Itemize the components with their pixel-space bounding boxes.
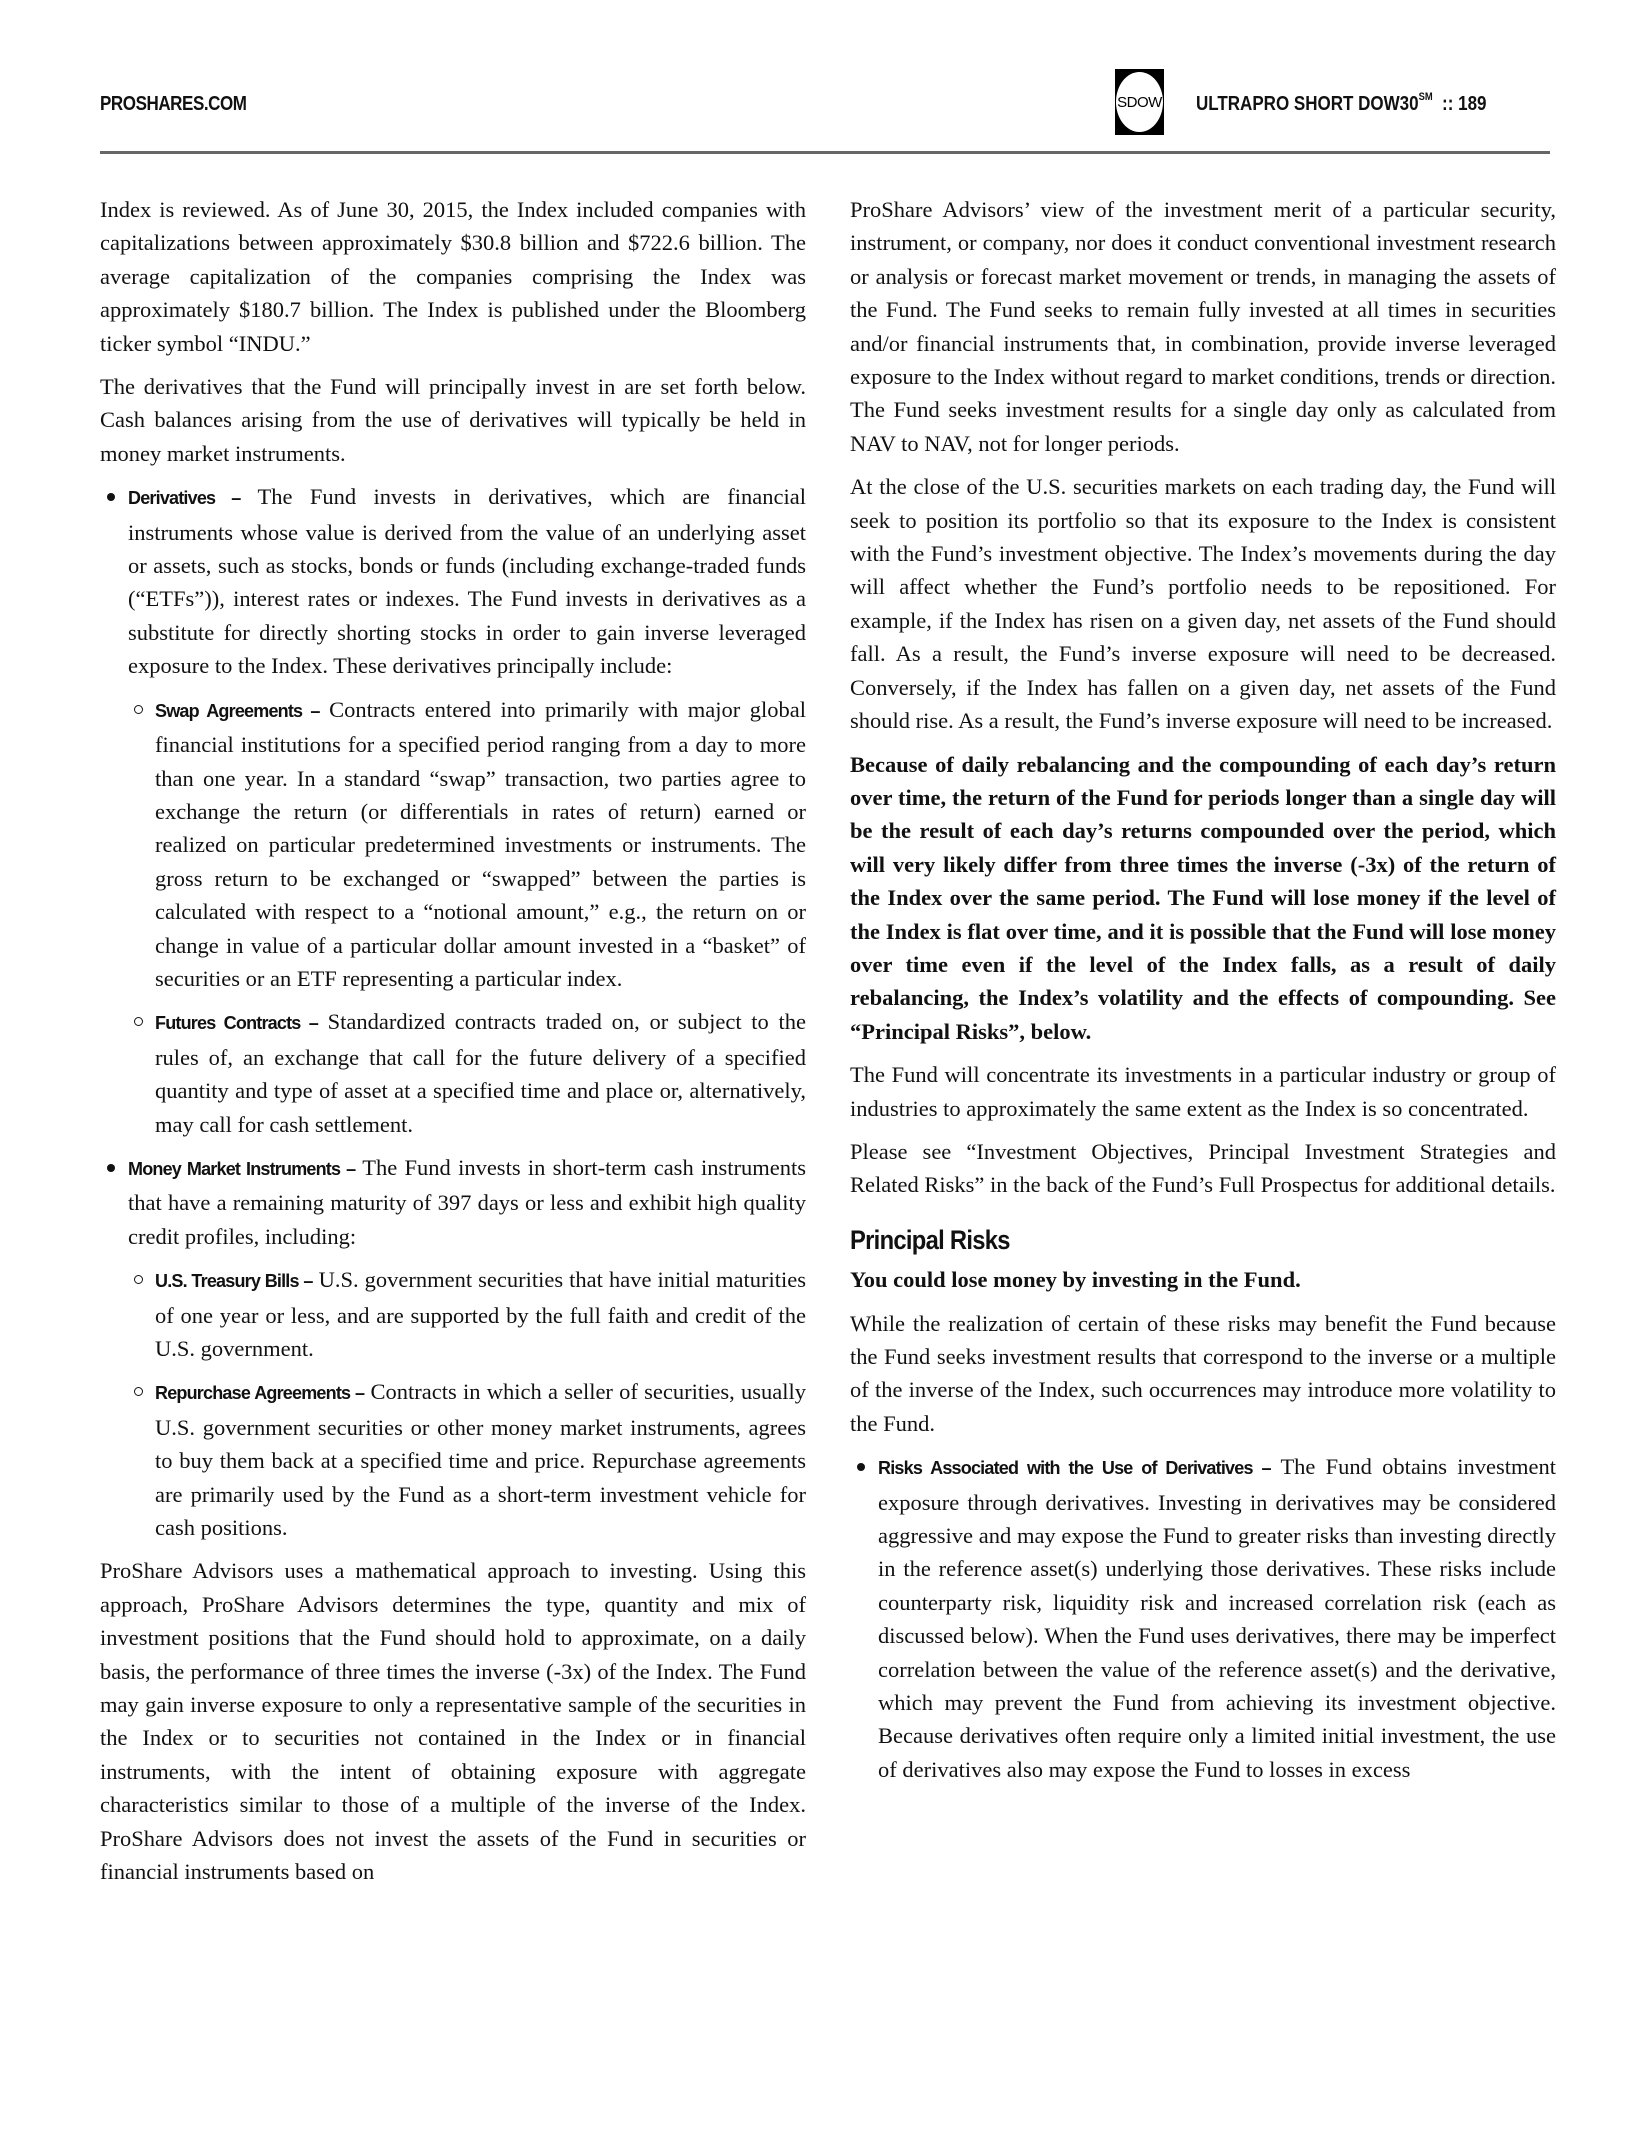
list-item-label: Repurchase Agreements – (155, 1383, 364, 1403)
concentration-paragraph: The Fund will concentrate its investment… (850, 1058, 1556, 1125)
section-heading-principal-risks: Principal Risks (850, 1224, 1471, 1257)
right-column: ProShare Advisors’ view of the investmen… (850, 193, 1556, 1796)
risk-list: Risks Associated with the Use of Derivat… (850, 1450, 1556, 1786)
index-paragraph: Index is reviewed. As of June 30, 2015, … (100, 193, 806, 360)
ticker-badge: SDOW (1115, 69, 1164, 135)
ticker-badge-label: SDOW (1116, 72, 1163, 132)
list-item-text: Contracts entered into primarily with ma… (155, 697, 806, 991)
service-mark: SM (1419, 91, 1433, 103)
derivatives-intro-paragraph: The derivatives that the Fund will princ… (100, 370, 806, 470)
approach-paragraph: ProShare Advisors uses a mathematical ap… (100, 1554, 806, 1888)
derivatives-sublist: Swap Agreements – Contracts entered into… (128, 693, 806, 1141)
list-item-swap-agreements: Swap Agreements – Contracts entered into… (155, 693, 806, 996)
list-item-label: Derivatives – (128, 488, 240, 508)
list-item-derivatives: Derivatives – The Fund invests in deriva… (128, 480, 806, 1141)
fund-name: ULTRAPRO SHORT DOW30 (1196, 93, 1419, 115)
list-item-text: Contracts in which a seller of secu­riti… (155, 1379, 806, 1540)
fund-title: ULTRAPRO SHORT DOW30SM :: 189 (1196, 93, 1486, 116)
money-market-sublist: U.S. Treasury Bills – U.S. government se… (128, 1263, 806, 1544)
list-item-label: Swap Agreements – (155, 701, 320, 721)
header-rule (100, 151, 1550, 154)
advisor-view-paragraph: ProShare Advisors’ view of the investmen… (850, 193, 1556, 460)
header-separator: :: (1442, 93, 1453, 115)
rebalancing-paragraph: At the close of the U.S. securities mark… (850, 470, 1556, 737)
list-item-repurchase-agreements: Repurchase Agreements – Contracts in whi… (155, 1375, 806, 1544)
left-column: Index is reviewed. As of June 30, 2015, … (100, 193, 806, 1899)
loss-warning: You could lose money by investing in the… (850, 1263, 1556, 1296)
risks-intro-paragraph: While the realization of certain of thes… (850, 1307, 1556, 1441)
list-item-derivatives-risk: Risks Associated with the Use of Derivat… (878, 1450, 1556, 1786)
site-name: PROSHARES.COM (100, 93, 247, 116)
list-item-label: Risks Associated with the Use of Derivat… (878, 1458, 1271, 1478)
list-item-text: The Fund invests in derivatives, which a… (128, 484, 806, 678)
list-item-label: Futures Contracts – (155, 1013, 318, 1033)
instrument-list: Derivatives – The Fund invests in deriva… (100, 480, 806, 1544)
list-item-text: The Fund obtains investment exposure thr… (878, 1454, 1556, 1782)
see-prospectus-paragraph: Please see “Investment Objectives, Princ… (850, 1135, 1556, 1202)
list-item-futures-contracts: Futures Contracts – Standardized contrac… (155, 1005, 806, 1141)
page-number: 189 (1458, 93, 1486, 115)
compounding-warning-paragraph: Because of daily rebalancing and the com… (850, 748, 1556, 1049)
list-item-money-market: Money Market Instruments – The Fund inve… (128, 1151, 806, 1544)
list-item-label: Money Market Instruments – (128, 1159, 355, 1179)
list-item-label: U.S. Treasury Bills – (155, 1271, 313, 1291)
list-item-treasury-bills: U.S. Treasury Bills – U.S. government se… (155, 1263, 806, 1365)
